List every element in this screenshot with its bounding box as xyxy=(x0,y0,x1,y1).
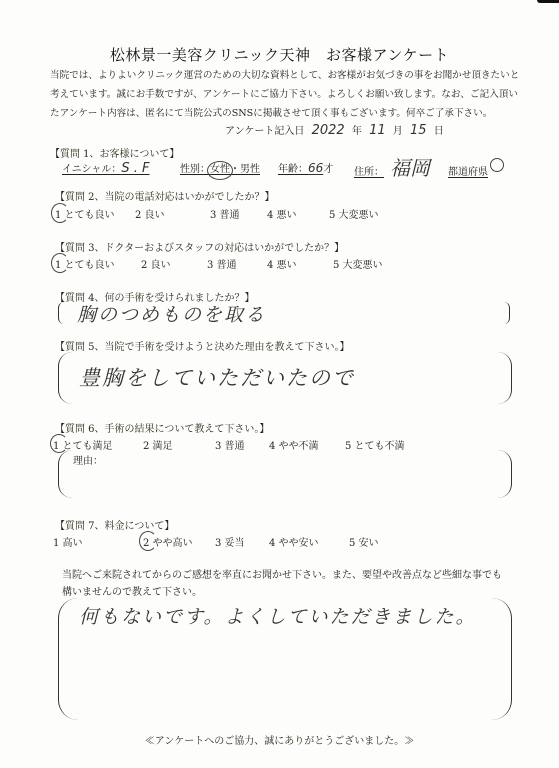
q7-option-5[interactable]: 5 安い xyxy=(349,534,379,549)
date-day-value[interactable]: 15 xyxy=(410,123,427,138)
intro-paragraph: 当院では、よりよいクリニック運営のための大切な資料として、お客様がお気づきの事を… xyxy=(50,66,520,123)
year-unit: 年 xyxy=(352,126,362,137)
q6-selection-circle xyxy=(50,434,68,453)
initials-label: イニシャル： xyxy=(62,164,121,175)
q3-option-4[interactable]: 4 悪い xyxy=(267,256,297,271)
gender-field: 性別：女性・男性 xyxy=(180,160,260,175)
q4-answer-box[interactable]: 胸のつめものを取る xyxy=(58,302,510,324)
q5-answer: 豊胸をしていただいたので xyxy=(79,362,355,392)
q2-options: 1 とても良い 2 良い 3 普通 4 悪い 5 大変悪い xyxy=(55,206,515,220)
q5-heading: 【質問 5、当院で手術を受けようと決めた理由を教えて下さい。】 xyxy=(55,338,350,353)
q6-options: 1 とても満足 2 満足 3 普通 4 やや不満 5 とても不満 xyxy=(53,437,513,451)
comments-answer: 何もないです。よくしていただきました。 xyxy=(79,602,476,629)
q7-option-3[interactable]: 3 妥当 xyxy=(215,534,245,549)
prefecture-suffix: 都道府県 xyxy=(448,167,488,178)
q2-heading: 【質問 2、当院の電話対応はいかがでしたか？】 xyxy=(55,188,275,203)
month-unit: 月 xyxy=(393,126,403,137)
day-unit: 日 xyxy=(434,126,444,137)
gender-option-male[interactable]: 男性 xyxy=(240,164,260,175)
q1-heading: 【質問 1、お客様について】 xyxy=(50,145,179,160)
gender-label: 性別： xyxy=(180,164,210,175)
q5-answer-box[interactable]: 豊胸をしていただいたので xyxy=(58,352,512,404)
age-field[interactable]: 年齢：66才 xyxy=(278,160,333,175)
q7-selection-circle xyxy=(139,531,157,551)
address-value: 福岡 xyxy=(390,156,430,180)
q2-option-5[interactable]: 5 大変悪い xyxy=(329,206,379,221)
document-title: 松林景一美容クリニック天神 お客様アンケート xyxy=(0,44,559,65)
q1-customer-info: イニシャル：S . F 性別：女性・男性 年齢：66才 住所：福岡都道府県 xyxy=(62,160,522,176)
date-label: アンケート記入日 xyxy=(225,126,304,137)
survey-date: アンケート記入日 2022 年 11 月 15 日 xyxy=(225,122,444,138)
address-field[interactable]: 住所：福岡都道府県 xyxy=(354,152,488,181)
q7-option-4[interactable]: 4 やや安い xyxy=(269,534,319,549)
footer-thanks: ≪アンケートへのご協力、誠にありがとうございました。≫ xyxy=(0,732,559,747)
q2-option-4[interactable]: 4 悪い xyxy=(267,206,297,221)
age-unit: 才 xyxy=(323,164,333,175)
q2-selection-circle xyxy=(51,203,69,223)
q7-options: 1 高い 2 やや高い 3 妥当 4 やや安い 5 安い xyxy=(53,534,513,548)
address-label: 住所： xyxy=(354,167,384,178)
q2-option-3[interactable]: 3 普通 xyxy=(210,206,240,221)
q3-heading: 【質問 3、ドクターおよびスタッフの対応はいかがでしたか？】 xyxy=(55,239,344,254)
age-label: 年齢： xyxy=(278,164,308,175)
date-month-value[interactable]: 11 xyxy=(369,123,386,138)
q2-option-2[interactable]: 2 良い xyxy=(135,206,165,221)
initials-field[interactable]: イニシャル：S . F xyxy=(62,160,170,176)
q3-selection-circle xyxy=(51,253,69,273)
comments-answer-box[interactable]: 何もないです。よくしていただきました。 xyxy=(58,598,512,720)
prefecture-selection-circle xyxy=(490,158,504,172)
q3-option-3[interactable]: 3 普通 xyxy=(207,256,237,271)
q7-option-1[interactable]: 1 高い xyxy=(53,534,83,549)
q4-answer: 胸のつめものを取る xyxy=(77,300,266,327)
scan-corner-mark xyxy=(537,0,559,3)
q3-options: 1 とても良い 2 良い 3 普通 4 悪い 5 大変悪い xyxy=(55,256,515,270)
q3-option-5[interactable]: 5 大変悪い xyxy=(333,256,383,271)
comments-prompt: 当院へご来院されてからのご感想を率直にお聞かせ下さい。また、要望や改善点など些細… xyxy=(62,567,502,601)
gender-option-female[interactable]: 女性 xyxy=(210,164,230,175)
q6-heading: 【質問 6、手術の結果について教えて下さい。】 xyxy=(55,420,269,435)
initials-value: S . F xyxy=(121,161,149,176)
date-year-value[interactable]: 2022 xyxy=(312,123,345,138)
q3-option-2[interactable]: 2 良い xyxy=(141,256,171,271)
age-value: 66 xyxy=(308,161,323,175)
selection-circle xyxy=(207,161,233,180)
q7-heading: 【質問 7、料金について】 xyxy=(55,517,174,532)
q6-reason-label: 理由： xyxy=(73,452,103,467)
q6-reason-box[interactable]: 理由： xyxy=(58,450,512,498)
